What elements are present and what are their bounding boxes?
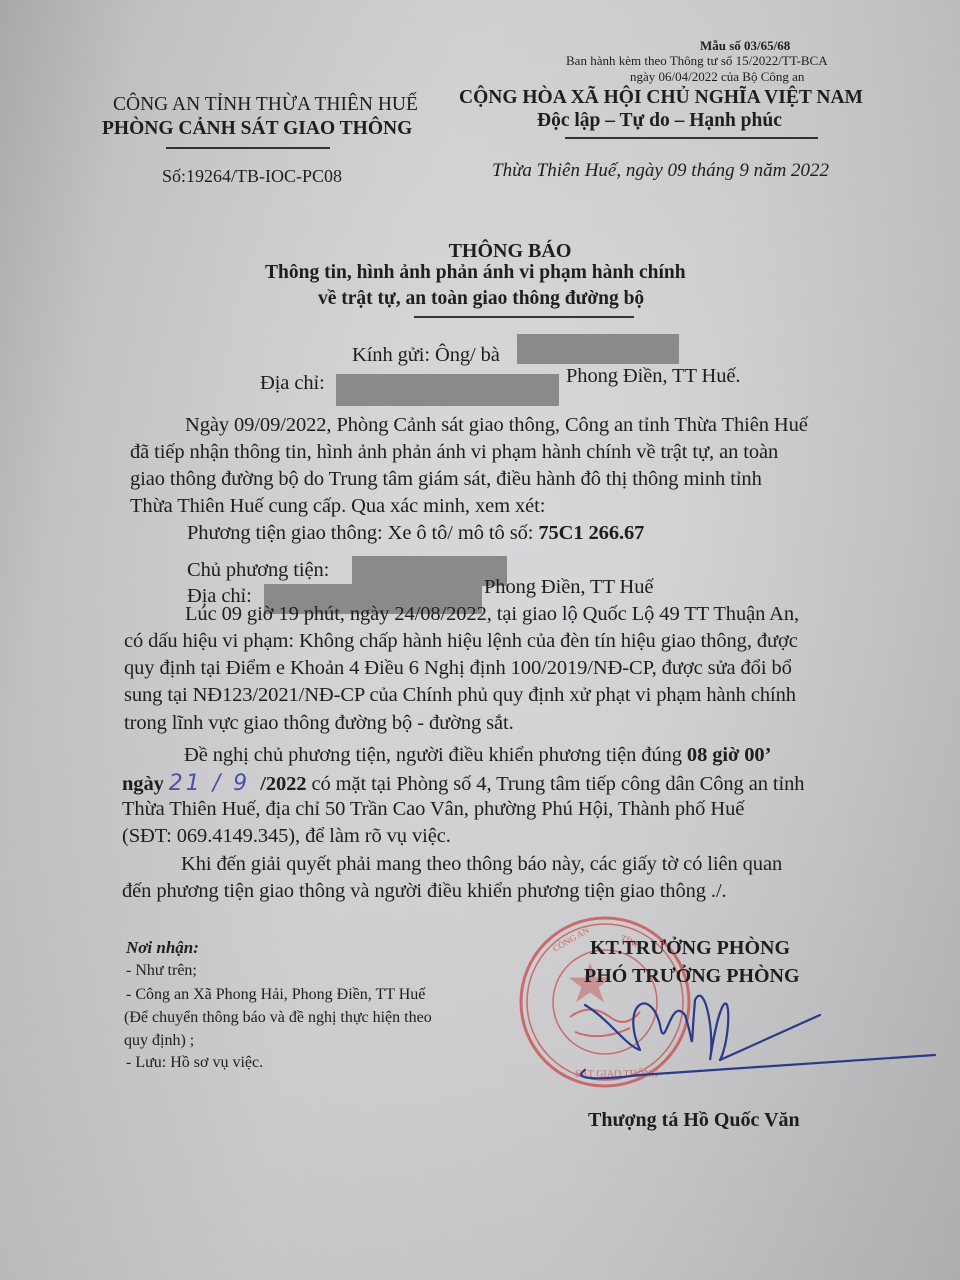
paragraph-line: Đề nghị chủ phương tiện, người điều khiể… bbox=[184, 744, 771, 767]
document-page: Mẫu số 03/65/68 Ban hành kèm theo Thông … bbox=[0, 0, 960, 1280]
document-title: THÔNG BÁO bbox=[0, 240, 960, 263]
recipient-item: - Công an Xã Phong Hải, Phong Điền, TT H… bbox=[126, 986, 425, 1004]
owner-label: Chủ phương tiện: bbox=[187, 559, 329, 582]
recipient-item: - Lưu: Hồ sơ vụ việc. bbox=[126, 1054, 263, 1072]
document-subtitle: Thông tin, hình ảnh phản ánh vi phạm hàn… bbox=[265, 262, 686, 284]
paragraph-line: (SĐT: 069.4149.345), để làm rõ vụ việc. bbox=[122, 825, 451, 848]
date-prefix: ngày bbox=[122, 773, 169, 795]
issued-date-line: ngày 06/04/2022 của Bộ Công an bbox=[630, 69, 804, 85]
paragraph-line: Thừa Thiên Huế cung cấp. Qua xác minh, x… bbox=[130, 495, 545, 518]
paragraph-line: Lúc 09 giờ 19 phút, ngày 24/08/2022, tại… bbox=[185, 603, 799, 626]
paragraph-line: ngày 21 / 9 /2022 có mặt tại Phòng số 4,… bbox=[122, 771, 804, 796]
document-number: Số:19264/TB-IOC-PC08 bbox=[162, 166, 342, 187]
paragraph-line: có dấu hiệu vi phạm: Không chấp hành hiệ… bbox=[124, 630, 798, 653]
document-subtitle: về trật tự, an toàn giao thông đường bộ bbox=[318, 288, 644, 310]
recipient-item: - Như trên; bbox=[126, 962, 197, 980]
paragraph-line: Khi đến giải quyết phải mang theo thông … bbox=[181, 853, 782, 876]
recipient-item: quy định) ; bbox=[124, 1032, 194, 1050]
vehicle-line: Phương tiện giao thông: Xe ô tô/ mô tô s… bbox=[187, 522, 644, 545]
recipients-title: Nơi nhận: bbox=[126, 938, 199, 958]
address-label: Địa chỉ: bbox=[260, 372, 325, 395]
divider bbox=[166, 147, 330, 149]
owner-address-tail: Phong Điền, TT Huế bbox=[484, 576, 653, 599]
nation-title: CỘNG HÒA XÃ HỘI CHỦ NGHĨA VIỆT NAM bbox=[459, 87, 863, 109]
addressee-greeting: Kính gửi: Ông/ bà bbox=[352, 344, 500, 367]
national-motto: Độc lập – Tự do – Hạnh phúc bbox=[537, 110, 782, 132]
address-tail: Phong Điền, TT Huế. bbox=[566, 365, 740, 388]
svg-text:CÔNG AN: CÔNG AN bbox=[551, 925, 591, 954]
divider bbox=[414, 316, 634, 318]
appointment-time: 08 giờ 00’ bbox=[687, 744, 771, 766]
paragraph-text: Đề nghị chủ phương tiện, người điều khiể… bbox=[184, 744, 687, 766]
place-date: Thừa Thiên Huế, ngày 09 tháng 9 năm 2022 bbox=[492, 160, 829, 182]
paragraph-line: sung tại NĐ123/2021/NĐ-CP của Chính phủ … bbox=[124, 684, 796, 707]
paragraph-line: trong lĩnh vực giao thông đường bộ - đườ… bbox=[124, 712, 514, 735]
appointment-year: /2022 bbox=[260, 773, 306, 795]
paragraph-line: đến phương tiện giao thông và người điều… bbox=[122, 880, 727, 903]
handwritten-date: 21 / 9 bbox=[169, 771, 250, 796]
redacted-name bbox=[517, 334, 679, 364]
issued-by-line: Ban hành kèm theo Thông tư số 15/2022/TT… bbox=[566, 53, 828, 69]
agency-parent: CÔNG AN TỈNH THỪA THIÊN HUẾ bbox=[113, 94, 418, 116]
vehicle-label: Phương tiện giao thông: Xe ô tô/ mô tô s… bbox=[187, 522, 538, 544]
paragraph-text: có mặt tại Phòng số 4, Trung tâm tiếp cô… bbox=[306, 773, 804, 795]
form-code: Mẫu số 03/65/68 bbox=[700, 38, 790, 54]
signature-title: KT.TRƯỞNG PHÒNG bbox=[590, 937, 790, 960]
handwritten-signature-icon bbox=[580, 985, 940, 1085]
license-plate: 75C1 266.67 bbox=[538, 522, 644, 544]
signer-name: Thượng tá Hồ Quốc Văn bbox=[588, 1109, 800, 1132]
paragraph-line: đã tiếp nhận thông tin, hình ảnh phản án… bbox=[130, 441, 778, 464]
redacted-address bbox=[336, 374, 559, 406]
paragraph-line: Ngày 09/09/2022, Phòng Cảnh sát giao thô… bbox=[185, 414, 808, 437]
recipient-item: (Để chuyển thông báo và đề nghị thực hiệ… bbox=[124, 1009, 432, 1027]
paragraph-line: Thừa Thiên Huế, địa chỉ 50 Trần Cao Vân,… bbox=[122, 798, 744, 821]
paragraph-line: giao thông đường bộ do Trung tâm giám sá… bbox=[130, 468, 762, 491]
divider bbox=[565, 137, 818, 139]
paragraph-line: quy định tại Điểm e Khoản 4 Điều 6 Nghị … bbox=[124, 657, 792, 680]
agency-name: PHÒNG CẢNH SÁT GIAO THÔNG bbox=[102, 118, 412, 140]
